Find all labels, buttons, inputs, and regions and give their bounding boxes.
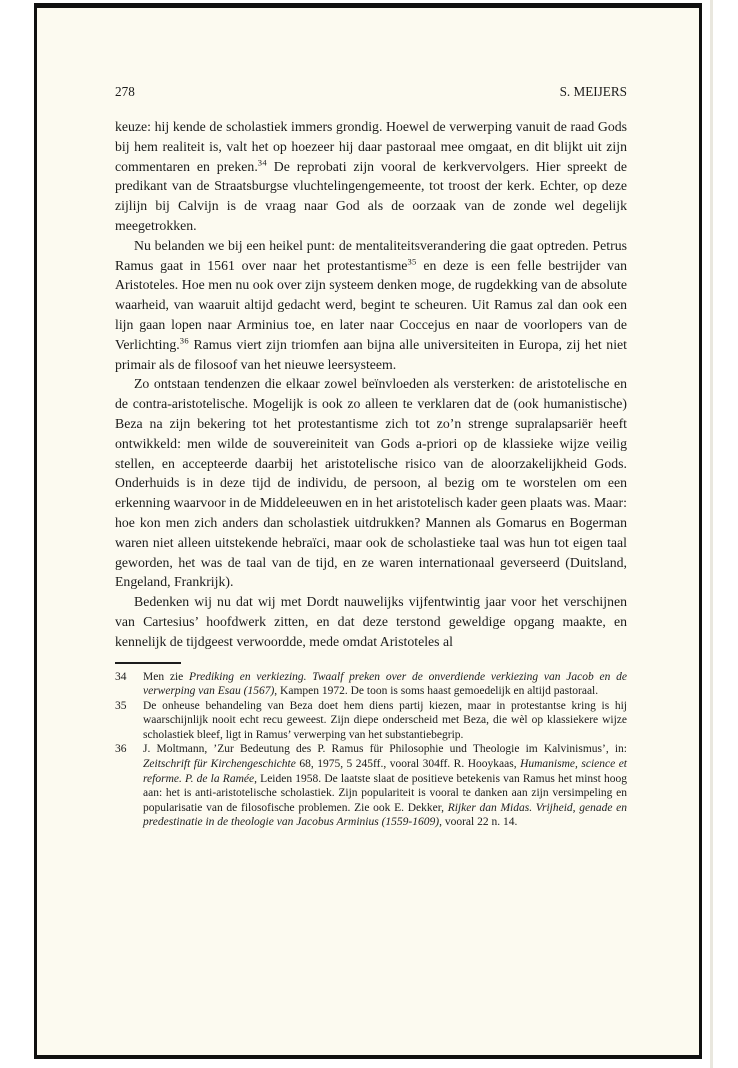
running-head-author: S. MEIJERS bbox=[560, 84, 627, 100]
text-run: 68, 1975, 5 245ff., vooral 304ff. R. Hoo… bbox=[296, 758, 520, 770]
footnote-number: 36 bbox=[115, 742, 127, 757]
paragraph: Nu belanden we bij een heikel punt: de m… bbox=[115, 236, 627, 375]
text-run: J. Moltmann, ’Zur Bedeutung des P. Ramus… bbox=[143, 743, 627, 755]
text-run: , vooral 22 n. 14. bbox=[439, 816, 517, 828]
page-content: 278 S. MEIJERS keuze: hij kende de schol… bbox=[115, 84, 627, 830]
footnote-item: 36J. Moltmann, ’Zur Bedeutung des P. Ram… bbox=[115, 742, 627, 830]
footnote-number: 34 bbox=[115, 670, 127, 685]
text-run: De onheuse behandeling van Beza doet hem… bbox=[143, 700, 627, 741]
footnote-text: De onheuse behandeling van Beza doet hem… bbox=[143, 700, 627, 741]
paragraph: keuze: hij kende de scholastiek immers g… bbox=[115, 117, 627, 236]
page-frame: 278 S. MEIJERS keuze: hij kende de schol… bbox=[34, 3, 702, 1059]
paragraph: Zo ontstaan tendenzen die elkaar zowel b… bbox=[115, 374, 627, 592]
footnote-text: J. Moltmann, ’Zur Bedeutung des P. Ramus… bbox=[143, 743, 627, 828]
text-run: Bedenken wij nu dat wij met Dordt nauwel… bbox=[115, 594, 627, 649]
footnote-ref: 34 bbox=[258, 157, 267, 167]
text-run: Zo ontstaan tendenzen die elkaar zowel b… bbox=[115, 376, 627, 589]
scan-edge-shadow bbox=[710, 0, 713, 1068]
footnote-text: Men zie Prediking en verkiezing. Twaalf … bbox=[143, 671, 627, 698]
footnotes: 34Men zie Prediking en verkiezing. Twaal… bbox=[115, 670, 627, 831]
italic-run: Zeitschrift für Kirchengeschichte bbox=[143, 758, 296, 770]
text-run: Ramus viert zijn triomfen aan bijna alle… bbox=[115, 337, 627, 372]
footnote-number: 35 bbox=[115, 699, 127, 714]
text-run: Men zie bbox=[143, 671, 189, 683]
footnote-item: 35De onheuse behandeling van Beza doet h… bbox=[115, 699, 627, 743]
page-number: 278 bbox=[115, 84, 135, 100]
text-run: , Kampen 1972. De toon is soms haast gem… bbox=[274, 685, 598, 697]
paragraph: Bedenken wij nu dat wij met Dordt nauwel… bbox=[115, 592, 627, 651]
running-header: 278 S. MEIJERS bbox=[115, 84, 627, 100]
footnote-item: 34Men zie Prediking en verkiezing. Twaal… bbox=[115, 670, 627, 699]
scanned-page: 278 S. MEIJERS keuze: hij kende de schol… bbox=[0, 0, 738, 1068]
footnote-ref: 36 bbox=[180, 335, 189, 345]
footnote-ref: 35 bbox=[407, 256, 416, 266]
footnote-separator bbox=[115, 662, 181, 664]
body-text: keuze: hij kende de scholastiek immers g… bbox=[115, 117, 627, 652]
